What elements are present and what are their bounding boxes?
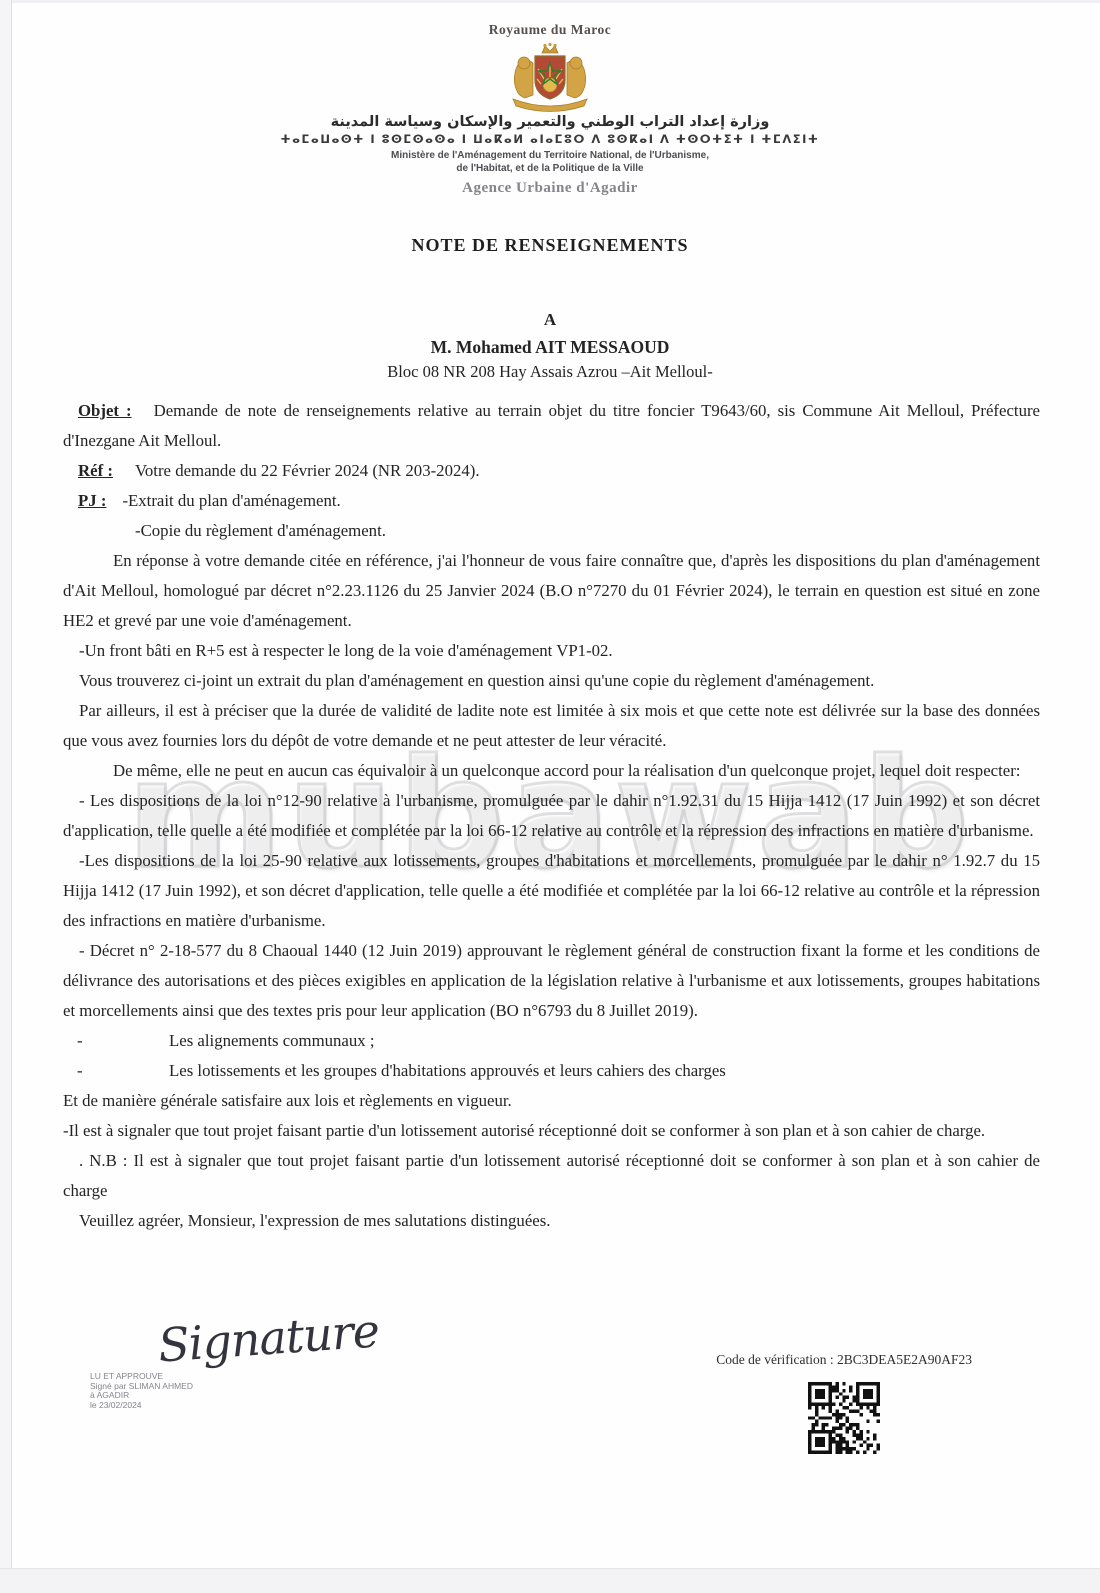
- ministry-name-french: Ministère de l'Aménagement du Territoire…: [0, 150, 1100, 175]
- paragraph: -Il est à signaler que tout projet faisa…: [63, 1116, 1040, 1146]
- paragraph: - Les dispositions de la loi n°12-90 rel…: [63, 786, 1040, 846]
- paragraph: Et de manière générale satisfaire aux lo…: [63, 1086, 1040, 1116]
- verification-code: Code de vérification : 2BC3DEA5E2A90AF23: [716, 1352, 972, 1368]
- ministry-french-line2: de l'Habitat, et de la Politique de la V…: [0, 163, 1100, 176]
- document-page: mubawab Royaume du Maroc: [0, 0, 1100, 1593]
- objet-text: Demande de note de renseignements relati…: [63, 401, 1040, 450]
- pj-item-1: -Extrait du plan d'aménagement.: [122, 491, 340, 510]
- signature-line4: le 23/02/2024: [90, 1401, 193, 1411]
- objet-line: Objet :Demande de note de renseignements…: [63, 396, 1040, 456]
- ref-text: Votre demande du 22 Février 2024 (NR 203…: [135, 461, 480, 480]
- pj-item-2: -Copie du règlement d'aménagement.: [63, 516, 1040, 546]
- paragraph: -Les alignements communaux ;: [63, 1026, 1040, 1056]
- letter-body: Objet :Demande de note de renseignements…: [63, 396, 1040, 1236]
- paragraph: De même, elle ne peut en aucun cas équiv…: [63, 756, 1040, 786]
- footer: Signature LU ET APPROUVE Signé par SLIMA…: [0, 1330, 1100, 1500]
- photo-edge-bottom: [0, 1568, 1100, 1593]
- qr-code-icon: [808, 1382, 880, 1454]
- verification-block: Code de vérification : 2BC3DEA5E2A90AF23: [716, 1352, 972, 1459]
- handwritten-signature: Signature: [158, 1326, 379, 1351]
- ref-label: Réf :: [78, 461, 113, 480]
- addressee-address: Bloc 08 NR 208 Hay Assais Azrou –Ait Mel…: [0, 362, 1100, 382]
- ministry-name-tifinagh: ⵜⴰⵎⴰⵡⴰⵙⵜ ⵏ ⵓⵙⵎⵙⴰⵙⴰ ⵏ ⵡⴰⴽⴰⵍ ⴰⵏⴰⵎⵓⵔ ⴷ ⵓⵙⴽⴰ…: [0, 132, 1100, 146]
- paragraph: -Les lotissements et les groupes d'habit…: [63, 1056, 1040, 1086]
- addressee-name: M. Mohamed AIT MESSAOUD: [0, 337, 1100, 358]
- pj-line: PJ :-Extrait du plan d'aménagement.: [63, 486, 1040, 516]
- ministry-name-arabic: وزارة إعداد التراب الوطني والتعمير والإس…: [0, 114, 1100, 130]
- signature-block: Signature LU ET APPROUVE Signé par SLIMA…: [90, 1372, 193, 1410]
- agency-name: Agence Urbaine d'Agadir: [0, 180, 1100, 197]
- moroccan-coat-of-arms-icon: [497, 41, 603, 113]
- addressee-to: A: [0, 310, 1100, 330]
- paragraph: - Décret n° 2-18-577 du 8 Chaoual 1440 (…: [63, 936, 1040, 1026]
- ref-line: Réf :Votre demande du 22 Février 2024 (N…: [63, 456, 1040, 486]
- ministry-french-line1: Ministère de l'Aménagement du Territoire…: [0, 150, 1100, 163]
- letterhead: Royaume du Maroc: [0, 0, 1100, 197]
- pj-label: PJ :: [78, 491, 106, 510]
- paragraph: Par ailleurs, il est à préciser que la d…: [63, 696, 1040, 756]
- body-paragraphs: En réponse à votre demande citée en réfé…: [63, 546, 1040, 1236]
- document-title: NOTE DE RENSEIGNEMENTS: [0, 235, 1100, 256]
- paragraph: Vous trouverez ci-joint un extrait du pl…: [63, 666, 1040, 696]
- paragraph: -Un front bâti en R+5 est à respecter le…: [63, 636, 1040, 666]
- paragraph: En réponse à votre demande citée en réfé…: [63, 546, 1040, 636]
- paragraph: Veuillez agréer, Monsieur, l'expression …: [63, 1206, 1040, 1236]
- paragraph: -Les dispositions de la loi 25-90 relati…: [63, 846, 1040, 936]
- objet-label: Objet :: [78, 401, 132, 420]
- paragraph: . N.B : Il est à signaler que tout proje…: [63, 1146, 1040, 1206]
- addressee-block: A M. Mohamed AIT MESSAOUD Bloc 08 NR 208…: [0, 310, 1100, 382]
- kingdom-title: Royaume du Maroc: [0, 22, 1100, 38]
